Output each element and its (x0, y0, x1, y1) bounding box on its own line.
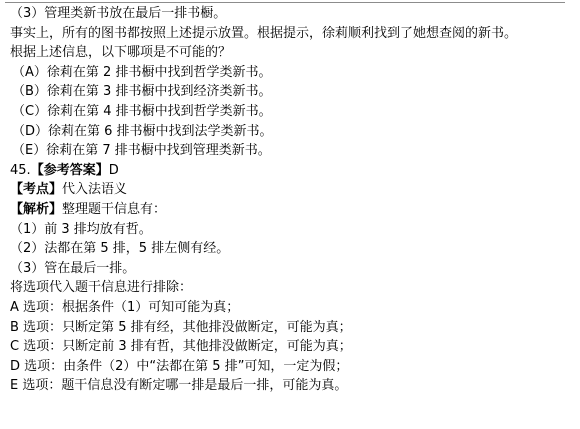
evaluation-text: 由条件（2）中“法都在第 5 排”可知，一定为假； (63, 359, 348, 374)
option-text: 徐莉在第 2 排书橱中找到哲学类新书。 (47, 65, 272, 80)
analysis-fact-2: （2）法都在第 5 排，5 排左侧有经。 (10, 239, 575, 259)
evaluation-text: 根据条件（1）可知可能为真； (62, 300, 239, 315)
evaluation-label: E 选项： (10, 378, 61, 393)
analysis-heading: 【解析】 (10, 202, 62, 217)
key-point-line: 【考点】代入法语义 (10, 180, 575, 200)
analysis-line: 【解析】整理题干信息有： (10, 200, 575, 220)
analysis-fact-3: （3）管在最后一排。 (10, 259, 575, 279)
evaluation-label: A 选项： (10, 300, 62, 315)
option-text: 徐莉在第 6 排书橱中找到法学类新书。 (48, 124, 273, 139)
option-label: （E） (12, 143, 46, 158)
evaluation-a: A 选项：根据条件（1）可知可能为真； (10, 298, 575, 318)
option-d: （D）徐莉在第 6 排书橱中找到法学类新书。 (10, 122, 575, 142)
evaluation-e: E 选项：题干信息没有断定哪一排是最后一排，可能为真。 (10, 376, 575, 396)
key-point-heading: 【考点】 (10, 182, 62, 197)
option-e: （E）徐莉在第 7 排书橱中找到管理类新书。 (10, 141, 575, 161)
evaluation-text: 只断定第 5 排有经，其他排没做断定，可能为真； (62, 320, 352, 335)
option-text: 徐莉在第 7 排书橱中找到管理类新书。 (46, 143, 271, 158)
analysis-intro: 整理题干信息有： (62, 202, 166, 217)
option-text: 徐莉在第 3 排书橱中找到经济类新书。 (47, 84, 272, 99)
document-body: （3）管理类新书放在最后一排书橱。 事实上，所有的图书都按照上述提示放置。根据提… (10, 4, 575, 396)
analysis-method: 将选项代入题干信息进行排除： (10, 278, 575, 298)
question-number: 45. (10, 163, 31, 178)
analysis-fact-1: （1）前 3 排均放有哲。 (10, 220, 575, 240)
fact-statement: 事实上，所有的图书都按照上述提示放置。根据提示，徐莉顺利找到了她想查阅的新书。 (10, 24, 575, 44)
evaluation-b: B 选项：只断定第 5 排有经，其他排没做断定，可能为真； (10, 318, 575, 338)
evaluation-d: D 选项：由条件（2）中“法都在第 5 排”可知，一定为假； (10, 357, 575, 377)
answer-line: 45.【参考答案】D (10, 161, 575, 181)
answer-heading: 【参考答案】 (31, 163, 109, 178)
top-divider (5, 2, 565, 3)
evaluation-label: B 选项： (10, 320, 62, 335)
question-prompt: 根据上述信息，以下哪项是不可能的？ (10, 43, 575, 63)
evaluation-c: C 选项：只断定前 3 排有哲，其他排没做断定，可能为真； (10, 337, 575, 357)
evaluation-label: C 选项： (10, 339, 62, 354)
evaluation-text: 只断定前 3 排有哲，其他排没做断定，可能为真； (62, 339, 352, 354)
option-b: （B）徐莉在第 3 排书橱中找到经济类新书。 (10, 82, 575, 102)
option-label: （A） (12, 65, 47, 80)
key-point-text: 代入法语义 (62, 182, 127, 197)
option-text: 徐莉在第 4 排书橱中找到哲学类新书。 (47, 104, 272, 119)
option-label: （B） (12, 84, 47, 99)
option-label: （D） (12, 124, 48, 139)
option-label: （C） (12, 104, 47, 119)
condition-3: （3）管理类新书放在最后一排书橱。 (10, 4, 575, 24)
option-a: （A）徐莉在第 2 排书橱中找到哲学类新书。 (10, 63, 575, 83)
evaluation-label: D 选项： (10, 359, 63, 374)
option-c: （C）徐莉在第 4 排书橱中找到哲学类新书。 (10, 102, 575, 122)
evaluation-text: 题干信息没有断定哪一排是最后一排，可能为真。 (61, 378, 347, 393)
answer-value: D (109, 163, 119, 178)
